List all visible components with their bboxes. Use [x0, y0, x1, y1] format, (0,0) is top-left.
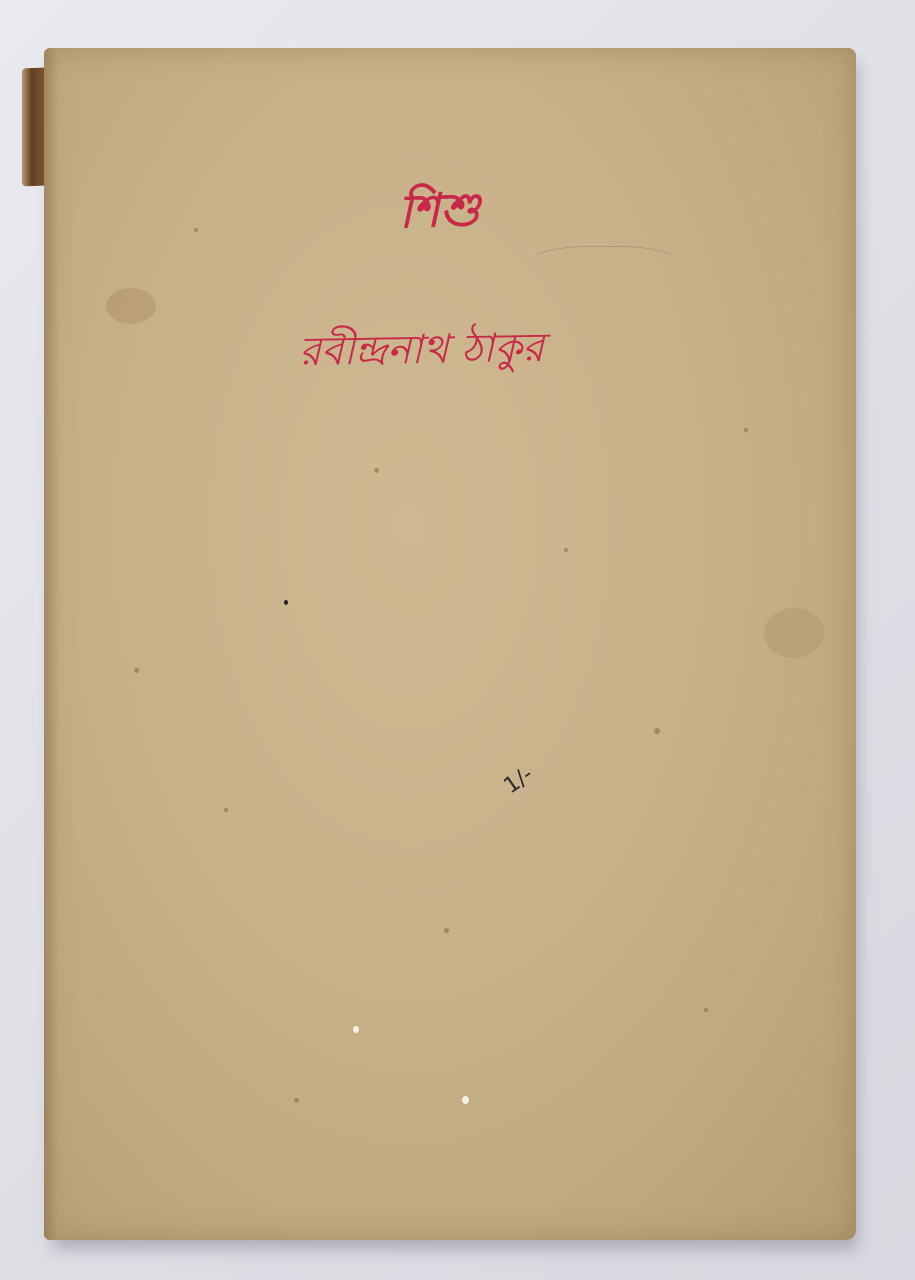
speck	[744, 428, 748, 432]
worm-hole	[462, 1096, 469, 1104]
stain	[764, 608, 824, 658]
speck	[194, 228, 198, 232]
speck	[564, 548, 568, 552]
speck	[374, 468, 379, 473]
pencil-price-mark: 1/-	[499, 762, 537, 799]
book-author: রবীন্দ্রনাথ ঠাকুর	[298, 316, 544, 387]
book-cover: শিশু রবীন্দ্রনাথ ঠাকুর 1/-	[44, 48, 856, 1240]
stain	[106, 288, 156, 324]
book-title: শিশু	[398, 175, 483, 254]
speck	[654, 728, 660, 734]
faint-pencil-scribble	[529, 246, 679, 287]
torn-spine	[22, 68, 44, 187]
spine-edge	[44, 48, 60, 1240]
worm-hole	[353, 1026, 359, 1033]
speck	[704, 1008, 708, 1012]
ink-dot	[284, 600, 288, 605]
speck	[134, 668, 139, 673]
speck	[224, 808, 228, 812]
speck	[294, 1098, 299, 1103]
speck	[444, 928, 449, 933]
